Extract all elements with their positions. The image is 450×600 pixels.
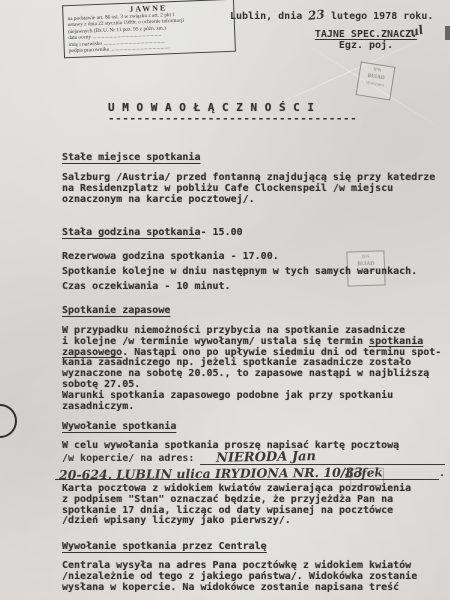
date-prefix: Lublin, dnia <box>230 11 308 22</box>
heading-wywolanie-spotkania: Wywołanie spotkania <box>62 421 176 432</box>
title-underline: ----------------------------------- <box>108 112 357 125</box>
paragraph-centrala: Centrala wysyła na adres Pana pocztówkę … <box>62 561 447 593</box>
handwritten-day: 23 <box>308 7 326 23</box>
paragraph-zapasowe: W przypadku niemożności przybycia na spo… <box>62 326 447 412</box>
address-label: /w kopercie/ na adres: <box>62 452 200 465</box>
address-line-1: /w kopercie/ na adres: NIERODA Jan <box>62 450 445 465</box>
heading-time-value: - 15.00 <box>200 227 242 238</box>
address-blank-line: 20-624. LUBLIN ulica IRYDIONA NR. 10/33 … <box>55 465 439 480</box>
heading-stala-godzina-spotkania: Stała godzina spotkania - 15.00 <box>62 227 243 238</box>
date-suffix: lutego 1978 roku. <box>325 11 433 22</box>
copy-number: Egz. poj. <box>296 40 436 51</box>
jawne-declassification-stamp: JAWNE na podstawie art. 86 ust. 3 w zwią… <box>62 0 236 59</box>
archive-stamp: IPN BUiAD Warszawa <box>356 61 396 100</box>
address-line-period: . <box>439 467 445 480</box>
paragraph-text: . Nastąpi ono po upływie siedmiu dni od … <box>62 347 441 412</box>
handwritten-addressee-name: NIERODA Jan <box>216 449 316 466</box>
heading-text: Stała godzina spotkania <box>62 227 200 238</box>
handwritten-address: 20-624. LUBLIN ulica IRYDIONA NR. 10/33 <box>59 465 363 483</box>
address-line-2: 20-624. LUBLIN ulica IRYDIONA NR. 10/33 … <box>55 465 445 480</box>
heading-wywolanie-przez-centrale: Wywołanie spotkania przez Centralę <box>62 541 267 552</box>
paragraph-godzina: Rezerwowa godzina spotkania - 17.00. Spo… <box>62 249 447 294</box>
handwritten-annotation: Łofek <box>345 465 383 480</box>
date-line: Lublin, dnia 23 lutego 1978 roku. <box>230 8 433 22</box>
hole-punch <box>0 404 17 438</box>
heading-stale-miejsce-spotkania: Stałe miejsce spotkania <box>62 152 200 163</box>
heading-spotkanie-zapasowe: Spotkanie zapasowe <box>62 305 170 316</box>
scan-edge-mark <box>445 26 450 40</box>
address-blank-line: NIERODA Jan <box>200 450 445 465</box>
scanned-document-page: JAWNE na podstawie art. 86 ust. 3 w zwią… <box>0 0 450 600</box>
paragraph-miejsce: Salzburg /Austria/ przed fontanną znajdu… <box>62 173 447 205</box>
paragraph-karta-pocztowa: Karta pocztowa z widokiem kwiatów zawier… <box>62 484 447 527</box>
paragraph-text: W przypadku niemożności przybycia na spo… <box>62 325 405 347</box>
